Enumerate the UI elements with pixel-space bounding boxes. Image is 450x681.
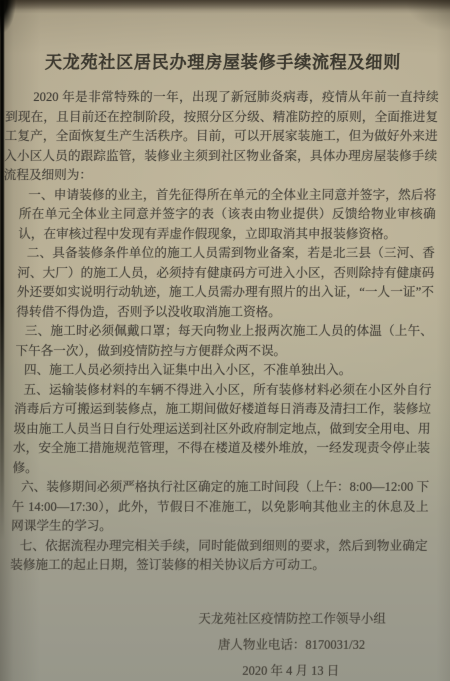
- list-item: 五、运输装修材料的车辆不得进入小区，所有装修材料必须在小区外自行消毒后方可搬运到…: [12, 381, 431, 479]
- rules-list: 一、申请装修的业主，首先征得所在单元的全体业主同意并签字，然后将所在单元全体业主…: [10, 186, 437, 576]
- photo-of-notice: 天龙苑社区居民办理房屋装修手续流程及细则 2020 年是非常特殊的一年，出现了新…: [0, 0, 450, 681]
- notice-document: 天龙苑社区居民办理房屋装修手续流程及细则 2020 年是非常特殊的一年，出现了新…: [0, 0, 441, 681]
- intro-paragraph: 2020 年是非常特殊的一年，出现了新冠肺炎病毒，疫情从年前一直持续到现在，且目…: [3, 88, 438, 186]
- list-item: 四、施工人员必须持出入证集中出入小区，不准单独出入。: [15, 361, 432, 381]
- signature-org: 天龙苑社区疫情防控工作领导小组: [198, 606, 386, 632]
- signature-date: 2020 年 4 月 13 日: [197, 658, 385, 681]
- list-item: 七、依据流程办理完相关手续，同时能做到细则的要求，然后到物业确定装修施工的起止日…: [10, 537, 428, 576]
- list-item: 一、申请装修的业主，首先征得所在单元的全体业主同意并签字，然后将所在单元全体业主…: [18, 186, 436, 245]
- document-title: 天龙苑社区居民办理房屋装修手续流程及细则: [6, 48, 440, 73]
- list-item: 六、装修期间必须严格执行社区确定的施工时间段（上午：8:00—12:00 下午 …: [11, 478, 429, 537]
- list-item: 二、具备装修条件单位的施工人员需到物业备案，若是北三县（三河、香河、大厂）的施工…: [16, 244, 435, 322]
- signature-phone: 唐人物业电话：8170031/32: [197, 632, 385, 658]
- signature-block: 天龙苑社区疫情防控工作领导小组 唐人物业电话：8170031/32 2020 年…: [197, 606, 386, 681]
- list-item: 三、施工时必须佩戴口罩；每天向物业上报两次施工人员的体温（上午、下午各一次），做…: [15, 322, 433, 361]
